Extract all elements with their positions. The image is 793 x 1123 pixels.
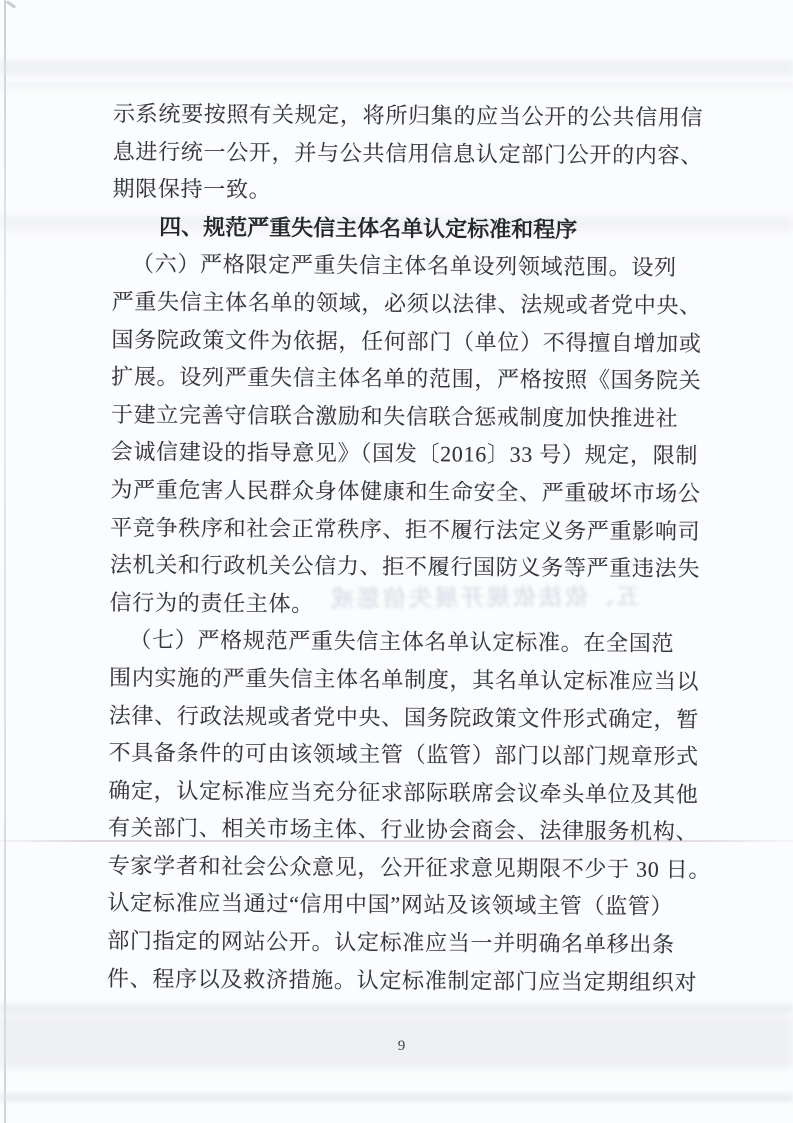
scan-texture-band [0,1016,793,1068]
text-line: 信行为的责任主体。 [109,584,701,626]
text-line: 平竞争秩序和社会正常秩序、拒不履行法定义务严重影响司 [110,508,702,550]
text-line: 期限保持一致。 [112,170,704,212]
text-line: 息进行统一公开，并与公共信用信息认定部门公开的内容、 [113,133,705,175]
text-line: 有关部门、相关市场主体、行业协会商会、法律服务机构、 [108,809,700,851]
text-line: 认定标准应当通过“信用中国”网站及该领域主管（监管） [107,884,699,926]
text-line: 专家学者和社会公众意见，公开征求意见期限不少于 30 日。 [108,847,700,889]
scan-speck [6,0,16,8]
text-line: 扩展。设列严重失信主体名单的范围，严格按照《国务院关 [111,358,703,400]
text-line: （七）严格规范严重失信主体名单认定标准。在全国范 [109,621,701,663]
scan-edge-line [4,0,6,1123]
text-line: 会诚信建设的指导意见》（国发〔2016〕33 号）规定，限制 [111,433,703,475]
text-line: 部门指定的网站公开。认定标准应当一并明确名单移出条 [107,922,699,964]
text-line: 示系统要按照有关规定，将所归集的应当公开的公共信用信 [113,95,705,137]
text-line: 法机关和行政机关公信力、拒不履行国防义务等严重违法失 [110,546,702,588]
section-heading: 四、规范严重失信主体名单认定标准和程序 [112,208,704,250]
text-line: 为严重危害人民群众身体健康和生命安全、严重破坏市场公 [110,471,702,513]
scan-texture-band [0,1093,793,1102]
text-line: 围内实施的严重失信主体名单制度，其名单认定标准应当以 [109,659,701,701]
text-line: 于建立完善守信联合激励和失信联合惩戒制度加快推进社 [111,396,703,438]
text-line: 法律、行政法规或者党中央、国务院政策文件形式确定，暂 [109,696,701,738]
text-line: （六）严格限定严重失信主体名单设列领域范围。设列 [112,245,704,287]
document-page: 五、依法依规开展失信惩戒 示系统要按照有关规定，将所归集的应当公开的公共信用信息… [0,0,793,1123]
text-line: 件、程序以及救济措施。认定标准制定部门应当定期组织对 [107,960,699,1002]
text-line: 国务院政策文件为依据，任何部门（单位）不得擅自增加或 [111,321,703,363]
text-line: 确定，认定标准应当充分征求部际联席会议牵头单位及其他 [108,772,700,814]
scan-texture-band [0,82,793,89]
scan-texture-band [0,1004,793,1014]
scan-texture-band [0,60,793,76]
text-lines: 示系统要按照有关规定，将所归集的应当公开的公共信用信息进行统一公开，并与公共信用… [107,95,705,1001]
text-line: 不具备条件的可由该领域主管（监管）部门以部门规章形式 [108,734,700,776]
text-line: 严重失信主体名单的领域，必须以法律、法规或者党中央、 [112,283,704,325]
page-number: 9 [398,1038,406,1055]
